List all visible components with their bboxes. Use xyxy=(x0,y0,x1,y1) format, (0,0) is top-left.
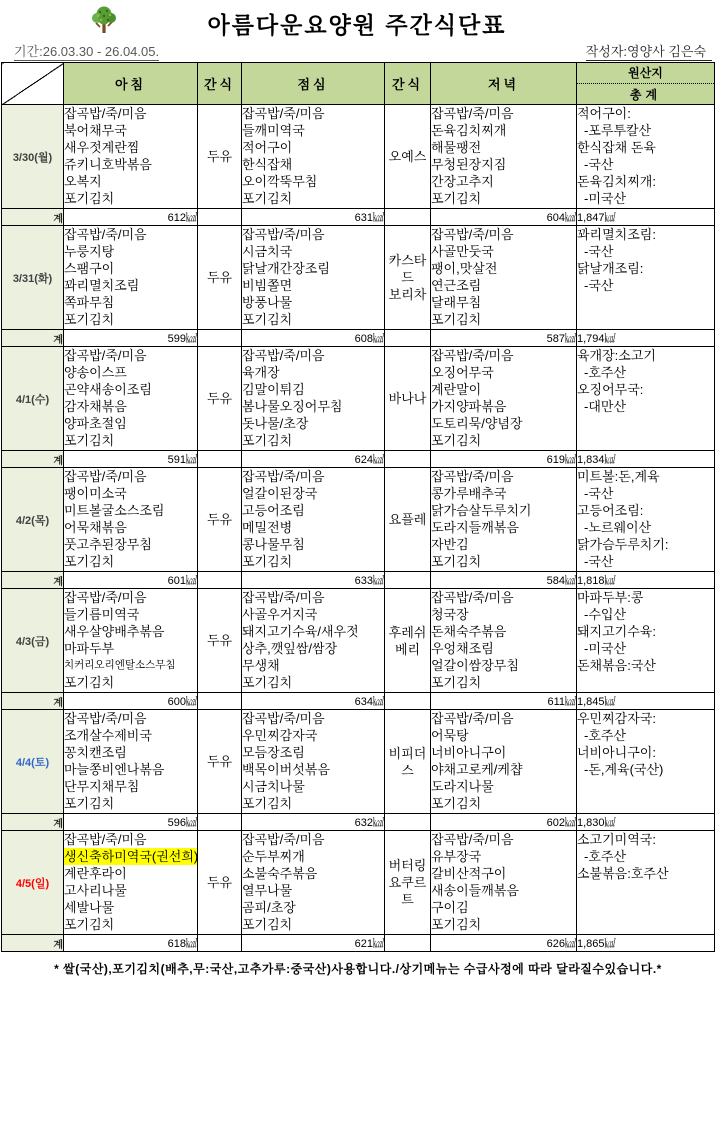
lunch-kcal: 621㎉ xyxy=(242,935,385,952)
col-dinner: 저녁 xyxy=(431,63,577,105)
breakfast-menu: 잡곡밥/죽/미음누룽지탕스팸구이꽈리멸치조림쪽파무침포기김치 xyxy=(64,226,198,330)
total-header-label: 총계 xyxy=(577,84,714,104)
snack-am: 두유 xyxy=(198,589,242,693)
dinner-menu: 잡곡밥/죽/미음유부장국갈비산적구이새송이들깨볶음구이김포기김치 xyxy=(431,831,577,935)
header-row: 아침 간식 점심 간식 저녁 원산지 총계 xyxy=(2,63,715,105)
breakfast-menu: 잡곡밥/죽/미음조개살수제비국꽁치캔조림마늘쫑비엔나볶음단무지채무침포기김치 xyxy=(64,710,198,814)
date-cell: 3/30(월) xyxy=(2,105,64,209)
subtotal-row: 계 612㎉ 631㎉ 604㎉ 1,847㎉ xyxy=(2,209,715,226)
snack-pm: 후레쉬 베리 xyxy=(385,589,431,693)
date-cell: 4/3(금) xyxy=(2,589,64,693)
lunch-menu: 잡곡밥/죽/미음얼갈이된장국고등어조림메밀전병콩나물무침포기김치 xyxy=(242,468,385,572)
subtotal-label: 계 xyxy=(2,330,64,347)
snack-am: 두유 xyxy=(198,710,242,814)
empty-cell xyxy=(385,693,431,710)
breakfast-kcal: 599㎉ xyxy=(64,330,198,347)
snack-am: 두유 xyxy=(198,831,242,935)
empty-cell xyxy=(385,451,431,468)
dinner-kcal: 584㎉ xyxy=(431,572,577,589)
dinner-menu: 잡곡밥/죽/미음오징어무국계란말이가지양파볶음도토리묵/양념장포기김치 xyxy=(431,347,577,451)
subtotal-row: 계 600㎉ 634㎉ 611㎉ 1,845㎉ xyxy=(2,693,715,710)
subtotal-label: 계 xyxy=(2,935,64,952)
day-row-sat: 4/4(토) 잡곡밥/죽/미음조개살수제비국꽁치캔조림마늘쫑비엔나볶음단무지채무… xyxy=(2,710,715,814)
corner-cell xyxy=(2,63,64,105)
empty-cell xyxy=(385,209,431,226)
author-label: 작성자:영양사 김은숙 xyxy=(586,41,712,61)
breakfast-menu: 잡곡밥/죽/미음생신축하미역국(권선희)계란후라이고사리나물세발나물포기김치 xyxy=(64,831,198,935)
col-lunch: 점심 xyxy=(242,63,385,105)
day-row-fri: 4/3(금) 잡곡밥/죽/미음들기름미역국새우살양배추볶음마파두부치커리오리엔탈… xyxy=(2,589,715,693)
snack-am: 두유 xyxy=(198,226,242,330)
meal-plan-sheet: 아름다운요양원 주간식단표 기간:26.03.30 - 26.04.05. 작성… xyxy=(0,0,716,1130)
empty-cell xyxy=(198,451,242,468)
weekly-menu-table: 아침 간식 점심 간식 저녁 원산지 총계 3/30(월) 잡곡밥/죽/미음북어… xyxy=(1,62,715,952)
origin-info: 육개장:소고기-호주산오징어무국:-대만산 xyxy=(577,347,715,451)
origin-header-label: 원산지 xyxy=(577,63,714,84)
period-label: 기간:26.03.30 - 26.04.05. xyxy=(14,41,159,61)
empty-cell xyxy=(198,693,242,710)
dinner-menu: 잡곡밥/죽/미음콩가루배추국닭가슴살두루치기도라지들깨볶음자반김포기김치 xyxy=(431,468,577,572)
breakfast-menu: 잡곡밥/죽/미음팽이미소국미트볼굴소스조림어묵채볶음풋고추된장무침포기김치 xyxy=(64,468,198,572)
lunch-menu: 잡곡밥/죽/미음시금치국닭날개간장조림비빔쫄면방풍나물포기김치 xyxy=(242,226,385,330)
dinner-kcal: 619㎉ xyxy=(431,451,577,468)
breakfast-kcal: 596㎉ xyxy=(64,814,198,831)
empty-cell xyxy=(198,935,242,952)
subtotal-label: 계 xyxy=(2,814,64,831)
subtotal-row: 계 596㎉ 632㎉ 602㎉ 1,830㎉ xyxy=(2,814,715,831)
dinner-menu: 잡곡밥/죽/미음어묵탕너비아니구이야채고로케/케챱도라지나물포기김치 xyxy=(431,710,577,814)
subtotal-label: 계 xyxy=(2,693,64,710)
lunch-kcal: 624㎉ xyxy=(242,451,385,468)
snack-pm: 카스타드 보리차 xyxy=(385,226,431,330)
lunch-kcal: 634㎉ xyxy=(242,693,385,710)
day-row-sun: 4/5(일) 잡곡밥/죽/미음생신축하미역국(권선희)계란후라이고사리나물세발나… xyxy=(2,831,715,935)
empty-cell xyxy=(198,330,242,347)
origin-info: 소고기미역국:-호주산소불볶음:호주산 xyxy=(577,831,715,935)
day-total-kcal: 1,818㎉ xyxy=(577,572,715,589)
dinner-menu: 잡곡밥/죽/미음사골만둣국팽이,맛살전연근조림달래무침포기김치 xyxy=(431,226,577,330)
col-breakfast: 아침 xyxy=(64,63,198,105)
col-snack-am: 간식 xyxy=(198,63,242,105)
lunch-menu: 잡곡밥/죽/미음사골우거지국돼지고기수육/새우젓상추,깻잎쌈/쌈장무생채포기김치 xyxy=(242,589,385,693)
empty-cell xyxy=(198,209,242,226)
breakfast-menu: 잡곡밥/죽/미음북어채무국새우젓계란찜쥬키니호박볶음오복지포기김치 xyxy=(64,105,198,209)
date-cell: 4/4(토) xyxy=(2,710,64,814)
date-cell: 4/5(일) xyxy=(2,831,64,935)
subtotal-row: 계 599㎉ 608㎉ 587㎉ 1,794㎉ xyxy=(2,330,715,347)
breakfast-kcal: 591㎉ xyxy=(64,451,198,468)
page-title: 아름다운요양원 주간식단표 xyxy=(118,7,596,40)
lunch-menu: 잡곡밥/죽/미음우민찌감자국모듬장조림백목이버섯볶음시금치나물포기김치 xyxy=(242,710,385,814)
lunch-menu: 잡곡밥/죽/미음순두부찌개소불숙주볶음열무나물곰피/초장포기김치 xyxy=(242,831,385,935)
title-bar: 아름다운요양원 주간식단표 xyxy=(0,0,716,42)
origin-info: 우민찌감자국:-호주산너비아니구이:-돈,계육(국산) xyxy=(577,710,715,814)
breakfast-kcal: 600㎉ xyxy=(64,693,198,710)
origin-info: 미트볼:돈,계육-국산고등어조림:-노르웨이산닭가슴두루치기:-국산 xyxy=(577,468,715,572)
dinner-menu: 잡곡밥/죽/미음돈육김치찌개해물팽전무청된장지짐간장고추지포기김치 xyxy=(431,105,577,209)
breakfast-menu: 잡곡밥/죽/미음양송이스프곤약새송이조림감자채볶음양파초절임포기김치 xyxy=(64,347,198,451)
day-row-mon: 3/30(월) 잡곡밥/죽/미음북어채무국새우젓계란찜쥬키니호박볶음오복지포기김… xyxy=(2,105,715,209)
snack-pm: 비피더스 xyxy=(385,710,431,814)
col-origin-total: 원산지 총계 xyxy=(577,63,715,105)
lunch-kcal: 632㎉ xyxy=(242,814,385,831)
lunch-kcal: 608㎉ xyxy=(242,330,385,347)
col-snack-pm: 간식 xyxy=(385,63,431,105)
subtotal-label: 계 xyxy=(2,572,64,589)
tree-icon xyxy=(90,5,118,42)
subtotal-row: 계 601㎉ 633㎉ 584㎉ 1,818㎉ xyxy=(2,572,715,589)
lunch-menu: 잡곡밥/죽/미음육개장김말이튀김봄나물오징어무침돗나물/초장포기김치 xyxy=(242,347,385,451)
subtotal-label: 계 xyxy=(2,209,64,226)
snack-am: 두유 xyxy=(198,468,242,572)
lunch-kcal: 633㎉ xyxy=(242,572,385,589)
date-cell: 4/1(수) xyxy=(2,347,64,451)
origin-info: 마파두부:콩-수입산돼지고기수육:-미국산돈채볶음:국산 xyxy=(577,589,715,693)
subtotal-row: 계 618㎉ 621㎉ 626㎉ 1,865㎉ xyxy=(2,935,715,952)
snack-pm: 오예스 xyxy=(385,105,431,209)
origin-info: 적어구이:-포루투칼산한식잡채 돈육-국산돈육김치찌개:-미국산 xyxy=(577,105,715,209)
empty-cell xyxy=(385,814,431,831)
empty-cell xyxy=(385,935,431,952)
footer-note: * 쌀(국산),포기김치(배추,무:국산,고추가루:중국산)사용합니다./상기메… xyxy=(0,960,716,977)
dinner-kcal: 626㎉ xyxy=(431,935,577,952)
day-total-kcal: 1,847㎉ xyxy=(577,209,715,226)
breakfast-menu: 잡곡밥/죽/미음들기름미역국새우살양배추볶음마파두부치커리오리엔탈소스무침포기김… xyxy=(64,589,198,693)
dinner-menu: 잡곡밥/죽/미음청국장돈채숙주볶음우엉채조림얼갈이쌈장무침포기김치 xyxy=(431,589,577,693)
lunch-menu: 잡곡밥/죽/미음들깨미역국적어구이한식잡채오이깍뚝무침포기김치 xyxy=(242,105,385,209)
dinner-kcal: 602㎉ xyxy=(431,814,577,831)
dinner-kcal: 587㎉ xyxy=(431,330,577,347)
breakfast-kcal: 601㎉ xyxy=(64,572,198,589)
day-row-wed: 4/1(수) 잡곡밥/죽/미음양송이스프곤약새송이조림감자채볶음양파초절임포기김… xyxy=(2,347,715,451)
meta-row: 기간:26.03.30 - 26.04.05. 작성자:영양사 김은숙 xyxy=(0,42,716,62)
breakfast-kcal: 618㎉ xyxy=(64,935,198,952)
day-total-kcal: 1,865㎉ xyxy=(577,935,715,952)
breakfast-kcal: 612㎉ xyxy=(64,209,198,226)
day-total-kcal: 1,845㎉ xyxy=(577,693,715,710)
date-cell: 3/31(화) xyxy=(2,226,64,330)
snack-pm: 바나나 xyxy=(385,347,431,451)
day-total-kcal: 1,834㎉ xyxy=(577,451,715,468)
date-cell: 4/2(목) xyxy=(2,468,64,572)
empty-cell xyxy=(198,572,242,589)
day-total-kcal: 1,830㎉ xyxy=(577,814,715,831)
subtotal-label: 계 xyxy=(2,451,64,468)
snack-am: 두유 xyxy=(198,347,242,451)
snack-pm: 버터링 요쿠르트 xyxy=(385,831,431,935)
dinner-kcal: 611㎉ xyxy=(431,693,577,710)
empty-cell xyxy=(385,572,431,589)
day-total-kcal: 1,794㎉ xyxy=(577,330,715,347)
lunch-kcal: 631㎉ xyxy=(242,209,385,226)
snack-am: 두유 xyxy=(198,105,242,209)
dinner-kcal: 604㎉ xyxy=(431,209,577,226)
day-row-thu: 4/2(목) 잡곡밥/죽/미음팽이미소국미트볼굴소스조림어묵채볶음풋고추된장무침… xyxy=(2,468,715,572)
empty-cell xyxy=(385,330,431,347)
snack-pm: 요플레 xyxy=(385,468,431,572)
subtotal-row: 계 591㎉ 624㎉ 619㎉ 1,834㎉ xyxy=(2,451,715,468)
origin-info: 꽈리멸치조림:-국산닭날개조림:-국산 xyxy=(577,226,715,330)
empty-cell xyxy=(198,814,242,831)
day-row-tue: 3/31(화) 잡곡밥/죽/미음누룽지탕스팸구이꽈리멸치조림쪽파무침포기김치 두… xyxy=(2,226,715,330)
